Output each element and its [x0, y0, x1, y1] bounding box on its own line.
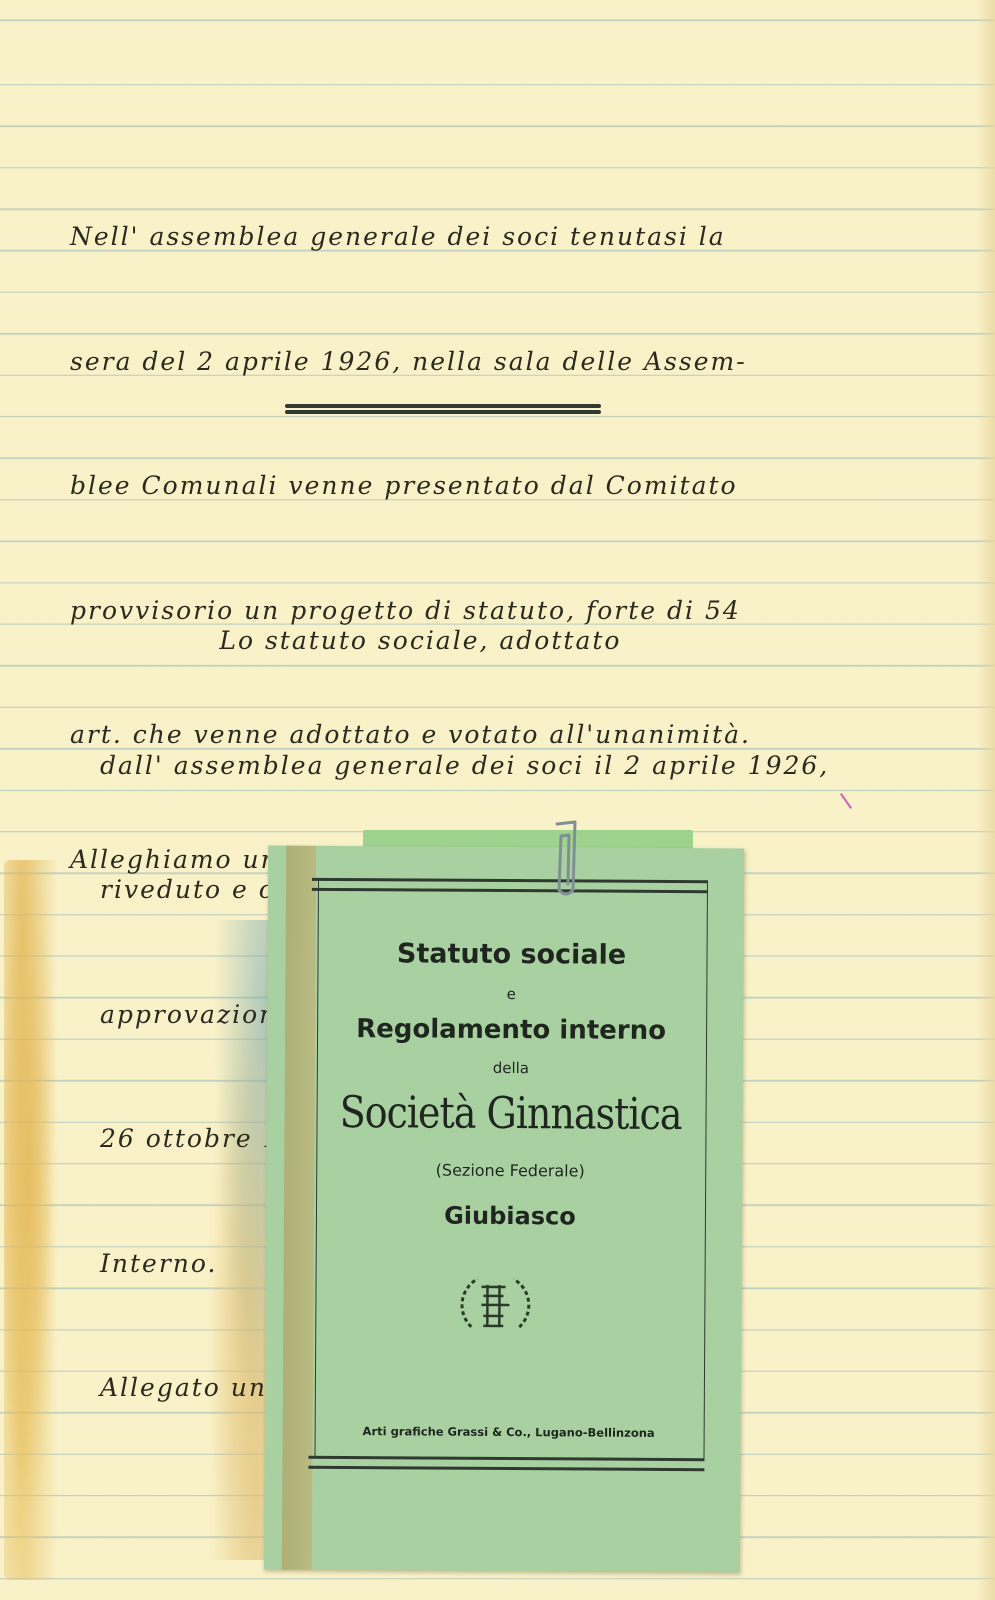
statute-booklet: Statuto sociale e Regolamento interno de… [264, 846, 744, 1573]
handwritten-line: sera del 2 aprile 1926, nella sala delle… [70, 341, 751, 383]
paperclip-icon [549, 818, 583, 898]
booklet-title: Statuto sociale [317, 938, 705, 971]
booklet-conjunction: e [317, 984, 705, 1004]
handwritten-line: Nell' assemblea generale dei soci tenuta… [70, 216, 751, 258]
booklet-subtitle: Regolamento interno [317, 1014, 705, 1046]
section-divider [285, 404, 601, 414]
handwritten-line: blee Comunali venne presentato dal Comit… [70, 465, 751, 507]
handwritten-line: Lo statuto sociale, adottato [100, 620, 829, 662]
booklet-bottom-rule [308, 1456, 704, 1471]
page-edge [977, 0, 995, 1600]
handwritten-line: dall' assemblea generale dei soci il 2 a… [100, 745, 829, 787]
divider-rule [285, 410, 601, 414]
booklet-della: della [317, 1058, 705, 1078]
booklet-section: (Sezione Federale) [316, 1160, 704, 1181]
divider-rule [285, 404, 601, 408]
booklet-printer: Arti grafiche Grassi & Co., Lugano-Belli… [315, 1424, 703, 1440]
ledger-page: Nell' assemblea generale dei soci tenuta… [0, 0, 995, 1600]
booklet-society-name: Società Ginnastica [316, 1087, 704, 1140]
ffff-emblem-icon [455, 1265, 535, 1345]
pink-ink-mark [840, 793, 852, 809]
booklet-town: Giubiasco [316, 1201, 704, 1231]
stain-left [4, 860, 64, 1580]
